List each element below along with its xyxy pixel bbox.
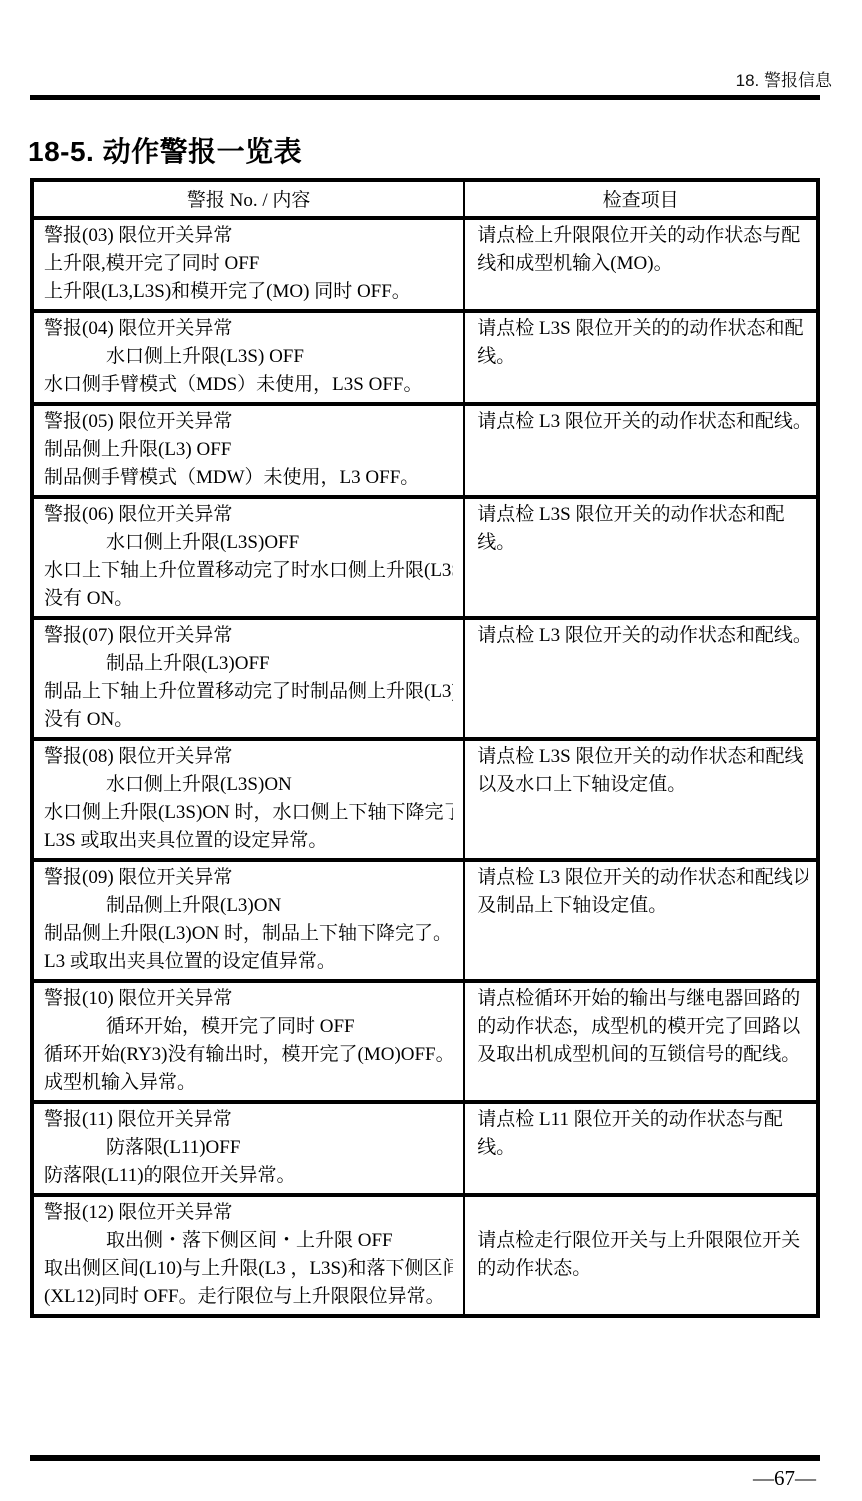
check-item-line: 线和成型机输入(MO)。 [477,250,808,278]
check-item-line: 的动作状态，成型机的模开完了回路以 [477,1013,808,1041]
check-item-line: 线。 [477,529,808,557]
alarm-content-line: 警报(11) 限位开关异常 [44,1106,453,1134]
alarm-content-line: 水口上下轴上升位置移动完了时水口侧上升限(L3S) [44,557,453,585]
check-item-line: 线。 [477,343,808,371]
alarm-content-line: 水口侧上升限(L3S)OFF [44,529,453,557]
check-item-line: 及制品上下轴设定值。 [477,892,808,920]
page-number: —67— [753,1466,816,1491]
alarm-content-line: 上升限(L3,L3S)和模开完了(MO) 同时 OFF。 [44,278,453,306]
alarm-content-line: 制品侧上升限(L3)ON 时，制品上下轴下降完了。 [44,920,453,948]
alarm-content-line: 没有 ON。 [44,706,453,734]
alarm-content-line: 警报(12) 限位开关异常 [44,1199,453,1227]
check-cell: 请点检 L3S 限位开关的的动作状态和配线。 [464,311,818,404]
alarm-table-row: 警报(03) 限位开关异常上升限,模开完了同时 OFF上升限(L3,L3S)和模… [32,218,818,311]
alarm-content-line: 制品上下轴上升位置移动完了时制品侧上升限(L3) [44,678,453,706]
check-item-line: 请点检 L3S 限位开关的动作状态和配 [477,501,808,529]
alarm-table: 警报 No. / 内容 检查项目 警报(03) 限位开关异常上升限,模开完了同时… [30,178,820,1318]
alarm-content-cell: 警报(11) 限位开关异常防落限(L11)OFF防落限(L11)的限位开关异常。 [32,1102,464,1195]
alarm-table-header: 警报 No. / 内容 检查项目 [32,180,818,218]
alarm-table-row: 警报(04) 限位开关异常水口侧上升限(L3S) OFF水口侧手臂模式（MDS）… [32,311,818,404]
check-item-line: 请点检 L3 限位开关的动作状态和配线。 [477,622,808,650]
check-item-line: 请点检 L3S 限位开关的的动作状态和配 [477,315,808,343]
alarm-content-line: 水口侧上升限(L3S)ON 时，水口侧上下轴下降完了。 [44,799,453,827]
alarm-content-line: L3S 或取出夹具位置的设定异常。 [44,827,453,855]
alarm-content-cell: 警报(07) 限位开关异常制品上升限(L3)OFF制品上下轴上升位置移动完了时制… [32,618,464,739]
alarm-table-row: 警报(09) 限位开关异常制品侧上升限(L3)ON制品侧上升限(L3)ON 时，… [32,860,818,981]
alarm-content-line: 水口侧上升限(L3S) OFF [44,343,453,371]
alarm-content-line: 防落限(L11)OFF [44,1134,453,1162]
alarm-content-cell: 警报(12) 限位开关异常取出侧・落下侧区间・上升限 OFF取出侧区间(L10)… [32,1195,464,1316]
header-rule [30,95,820,100]
footer-rule [30,1455,820,1461]
alarm-table-body: 警报(03) 限位开关异常上升限,模开完了同时 OFF上升限(L3,L3S)和模… [32,218,818,1316]
check-cell: 请点检 L3 限位开关的动作状态和配线以及制品上下轴设定值。 [464,860,818,981]
alarm-table-row: 警报(11) 限位开关异常防落限(L11)OFF防落限(L11)的限位开关异常。… [32,1102,818,1195]
check-cell: 请点检 L3 限位开关的动作状态和配线。 [464,618,818,739]
alarm-content-line: 警报(08) 限位开关异常 [44,743,453,771]
alarm-content-line: 制品侧手臂模式（MDW）未使用，L3 OFF。 [44,464,453,492]
check-item-line: 以及水口上下轴设定值。 [477,771,808,799]
check-item-line: 请点检 L3 限位开关的动作状态和配线。 [477,408,808,436]
alarm-table-row: 警报(10) 限位开关异常循环开始，模开完了同时 OFF循环开始(RY3)没有输… [32,981,818,1102]
alarm-content-cell: 警报(06) 限位开关异常水口侧上升限(L3S)OFF水口上下轴上升位置移动完了… [32,497,464,618]
check-cell: 请点检 L3 限位开关的动作状态和配线。 [464,404,818,497]
manual-page: 18. 警报信息 18-5. 动作警报一览表 警报 No. / 内容 检查项目 … [0,0,862,1501]
alarm-content-line: 警报(04) 限位开关异常 [44,315,453,343]
check-item-line: 请点检 L11 限位开关的动作状态与配 [477,1106,808,1134]
alarm-table-row: 警报(08) 限位开关异常水口侧上升限(L3S)ON水口侧上升限(L3S)ON … [32,739,818,860]
check-item-line: 请点检循环开始的输出与继电器回路的 [477,985,808,1013]
check-cell: 请点检 L3S 限位开关的动作状态和配线以及水口上下轴设定值。 [464,739,818,860]
alarm-content-cell: 警报(10) 限位开关异常循环开始，模开完了同时 OFF循环开始(RY3)没有输… [32,981,464,1102]
alarm-table-row: 警报(06) 限位开关异常水口侧上升限(L3S)OFF水口上下轴上升位置移动完了… [32,497,818,618]
alarm-content-line: 警报(10) 限位开关异常 [44,985,453,1013]
alarm-content-cell: 警报(09) 限位开关异常制品侧上升限(L3)ON制品侧上升限(L3)ON 时，… [32,860,464,981]
alarm-content-line: 循环开始(RY3)没有输出时，模开完了(MO)OFF。 [44,1041,453,1069]
column-header-check-item: 检查项目 [464,180,818,218]
alarm-content-line: 警报(03) 限位开关异常 [44,222,453,250]
alarm-content-cell: 警报(04) 限位开关异常水口侧上升限(L3S) OFF水口侧手臂模式（MDS）… [32,311,464,404]
alarm-content-line: 警报(05) 限位开关异常 [44,408,453,436]
alarm-content-line: 制品侧上升限(L3) OFF [44,436,453,464]
check-item-line: 线。 [477,1134,808,1162]
alarm-content-line: 警报(09) 限位开关异常 [44,864,453,892]
alarm-content-line: 警报(06) 限位开关异常 [44,501,453,529]
alarm-content-line: 警报(07) 限位开关异常 [44,622,453,650]
alarm-content-line: 水口侧上升限(L3S)ON [44,771,453,799]
alarm-content-line: 循环开始，模开完了同时 OFF [44,1013,453,1041]
check-cell: 请点检循环开始的输出与继电器回路的的动作状态，成型机的模开完了回路以及取出机成型… [464,981,818,1102]
column-header-alarm-content: 警报 No. / 内容 [32,180,464,218]
alarm-table-row: 警报(05) 限位开关异常制品侧上升限(L3) OFF制品侧手臂模式（MDW）未… [32,404,818,497]
page-title: 18-5. 动作警报一览表 [28,130,302,170]
check-item-line: 请点检 L3 限位开关的动作状态和配线以 [477,864,808,892]
check-item-line: 请点检走行限位开关与上升限限位开关 [477,1227,808,1255]
alarm-content-cell: 警报(03) 限位开关异常上升限,模开完了同时 OFF上升限(L3,L3S)和模… [32,218,464,311]
alarm-content-line: 没有 ON。 [44,585,453,613]
alarm-content-line: 取出侧区间(L10)与上升限(L3 ，L3S)和落下侧区间 [44,1255,453,1283]
chapter-header: 18. 警报信息 [736,66,832,91]
alarm-content-line: 取出侧・落下侧区间・上升限 OFF [44,1227,453,1255]
alarm-content-cell: 警报(05) 限位开关异常制品侧上升限(L3) OFF制品侧手臂模式（MDW）未… [32,404,464,497]
alarm-content-cell: 警报(08) 限位开关异常水口侧上升限(L3S)ON水口侧上升限(L3S)ON … [32,739,464,860]
alarm-content-line: 成型机输入异常。 [44,1069,453,1097]
alarm-table-row: 警报(12) 限位开关异常取出侧・落下侧区间・上升限 OFF取出侧区间(L10)… [32,1195,818,1316]
check-cell: 请点检 L11 限位开关的动作状态与配线。 [464,1102,818,1195]
alarm-table-row: 警报(07) 限位开关异常制品上升限(L3)OFF制品上下轴上升位置移动完了时制… [32,618,818,739]
check-item-line: 及取出机成型机间的互锁信号的配线。 [477,1041,808,1069]
check-item-line: 的动作状态。 [477,1255,808,1283]
check-cell: 请点检走行限位开关与上升限限位开关的动作状态。 [464,1195,818,1316]
alarm-content-line: L3 或取出夹具位置的设定值异常。 [44,948,453,976]
alarm-content-line: 制品上升限(L3)OFF [44,650,453,678]
check-item-line: 请点检上升限限位开关的动作状态与配 [477,222,808,250]
alarm-content-line: 防落限(L11)的限位开关异常。 [44,1162,453,1190]
alarm-content-line: 制品侧上升限(L3)ON [44,892,453,920]
alarm-content-line: 水口侧手臂模式（MDS）未使用，L3S OFF。 [44,371,453,399]
check-cell: 请点检上升限限位开关的动作状态与配线和成型机输入(MO)。 [464,218,818,311]
check-cell: 请点检 L3S 限位开关的动作状态和配线。 [464,497,818,618]
alarm-content-line: 上升限,模开完了同时 OFF [44,250,453,278]
check-item-line: 请点检 L3S 限位开关的动作状态和配线 [477,743,808,771]
alarm-content-line: (XL12)同时 OFF。走行限位与上升限限位异常。 [44,1283,453,1311]
